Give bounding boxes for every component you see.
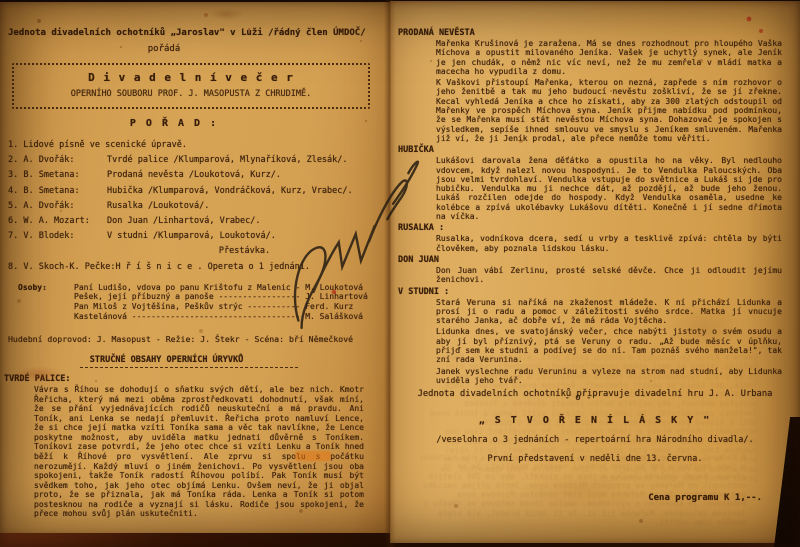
program-item-lead: 8. V. Skoch-K. Pečke: [8,260,115,275]
header-line2: pořádá [8,44,380,54]
program-item-title: V studni /Klumparová, Loukotová/. [107,231,276,241]
synopsis-label-tvrde-palice: TVRDÉ PALICE: [4,374,380,384]
synopsis-section: RUSALKA :Rusalka, vodníkova dcera, sedí … [400,223,786,253]
synopsis-heading-underline [80,367,298,368]
program-item-title: H ř í š n i c e . Opereta o 1 jednání. [115,262,309,272]
program-item-title: Prodaná nevěsta /Loukotová, Kurz/. [107,170,281,180]
synopsis-section: V STUDNI :Stará Veruna si naříká na zkaž… [400,287,786,386]
event-subtitle: OPERNÍHO SOUBORU PROF. J. MASOPUSTA Z CH… [22,89,360,99]
synopsis-paragraph: Don Juan vábí Zerlinu, prosté selské děv… [436,266,782,285]
synopsis-heading: STRUČNÉ OBSAHY OPERNÍCH ÚRYVKŮ [8,355,380,365]
play-note: /veselohra o 3 jednáních - repertoární h… [410,435,780,445]
play-title: „ S T V O Ř E N Í L Á S K Y " [410,415,780,426]
synopsis-text-tvrde-palice: Vávra s Říhou se dohodují o sňatku svých… [34,385,364,519]
synopsis-section: PRODANÁ NEVĚSTAMařenka Krušinová je zara… [400,28,786,143]
premiere-line: První představení v neděli dne 13. červn… [410,454,780,464]
synopsis-section-label: RUSALKA : [398,223,786,233]
program-item-lead: 7. V. Blodek: [8,229,107,244]
program-item-title: Rusalka /Loukotová/. [107,201,209,211]
program-item-lead: 1. [8,140,18,150]
program-item-title: Lidové písně ve scenické úpravě. [23,140,187,150]
society-header: Jednota divadelních ochotníků „Jaroslav"… [8,28,380,39]
synopsis-section-label: V STUDNI : [398,287,786,297]
scanned-theatre-program: Jednota divadelních ochotníků „Jaroslav"… [0,0,800,547]
program-heading: P O Ř A D : [8,118,380,129]
synopsis-paragraph: Lukášovi darovala žena děťátko a opustil… [436,156,782,221]
synopsis-paragraph: Stará Veruna si naříká na zkaženost mlád… [436,298,782,326]
price-line: Cena programu K 1,--. [648,493,762,503]
program-item-lead: 3. B. Smetana: [8,168,107,183]
announcement-block: Jednota divadelních ochotníků připravuje… [390,389,800,464]
synopses-column: PRODANÁ NEVĚSTAMařenka Krušinová je zara… [400,28,786,385]
synopsis-section-label: HUBIČKA [398,145,786,155]
handwritten-signature [282,142,428,359]
program-item-lead: 2. A. Dvořák: [8,153,107,168]
synopsis-section-label: PRODANÁ NEVĚSTA [398,28,786,38]
cast-heading: Osoby: [8,283,74,321]
bleed-through-text: K Vaškovi přistoupí Mařenka, kterou on n… [416,453,746,527]
synopsis-section: DON JUANDon Juan vábí Zerlinu, prosté se… [400,255,786,285]
program-item-lead: 5. A. Dvořák: [8,199,107,214]
paper-specks [0,0,2,2]
program-item-lead: 6. W. A. Mozart: [8,214,107,229]
synopsis-section-label: DON JUAN [398,255,786,265]
synopsis-paragraph: Mařenka Krušinová je zaražena. Má se dne… [436,39,782,76]
synopsis-section: HUBIČKALukášovi darovala žena děťátko a … [400,145,786,221]
synopsis-paragraph: Rusalka, vodníkova dcera, sedí u vrby a … [436,234,782,253]
synopsis-paragraph: K Vaškovi přistoupí Mařenka, kterou on n… [436,78,782,143]
event-title-box: D i v a d e l n í v e č e r OPERNÍHO SOU… [12,63,370,109]
right-page: Vávra s Říhou se dohodují o sňatku svých… [390,1,800,543]
synopsis-paragraph: Janek vyslechne radu Veruninu a vyleze n… [436,367,782,386]
synopsis-paragraph: Lidunka dnes, ve svatojánský večer, chce… [436,327,782,364]
program-item-lead: 4. B. Smetana: [8,184,107,199]
event-title: D i v a d e l n í v e č e r [22,71,360,84]
program-item-title: Don Juan /Linhartová, Vrabec/. [107,216,261,226]
program-item-title: Přestávka. [219,246,270,256]
announcement-line: Jednota divadelních ochotníků připravuje… [410,389,780,399]
